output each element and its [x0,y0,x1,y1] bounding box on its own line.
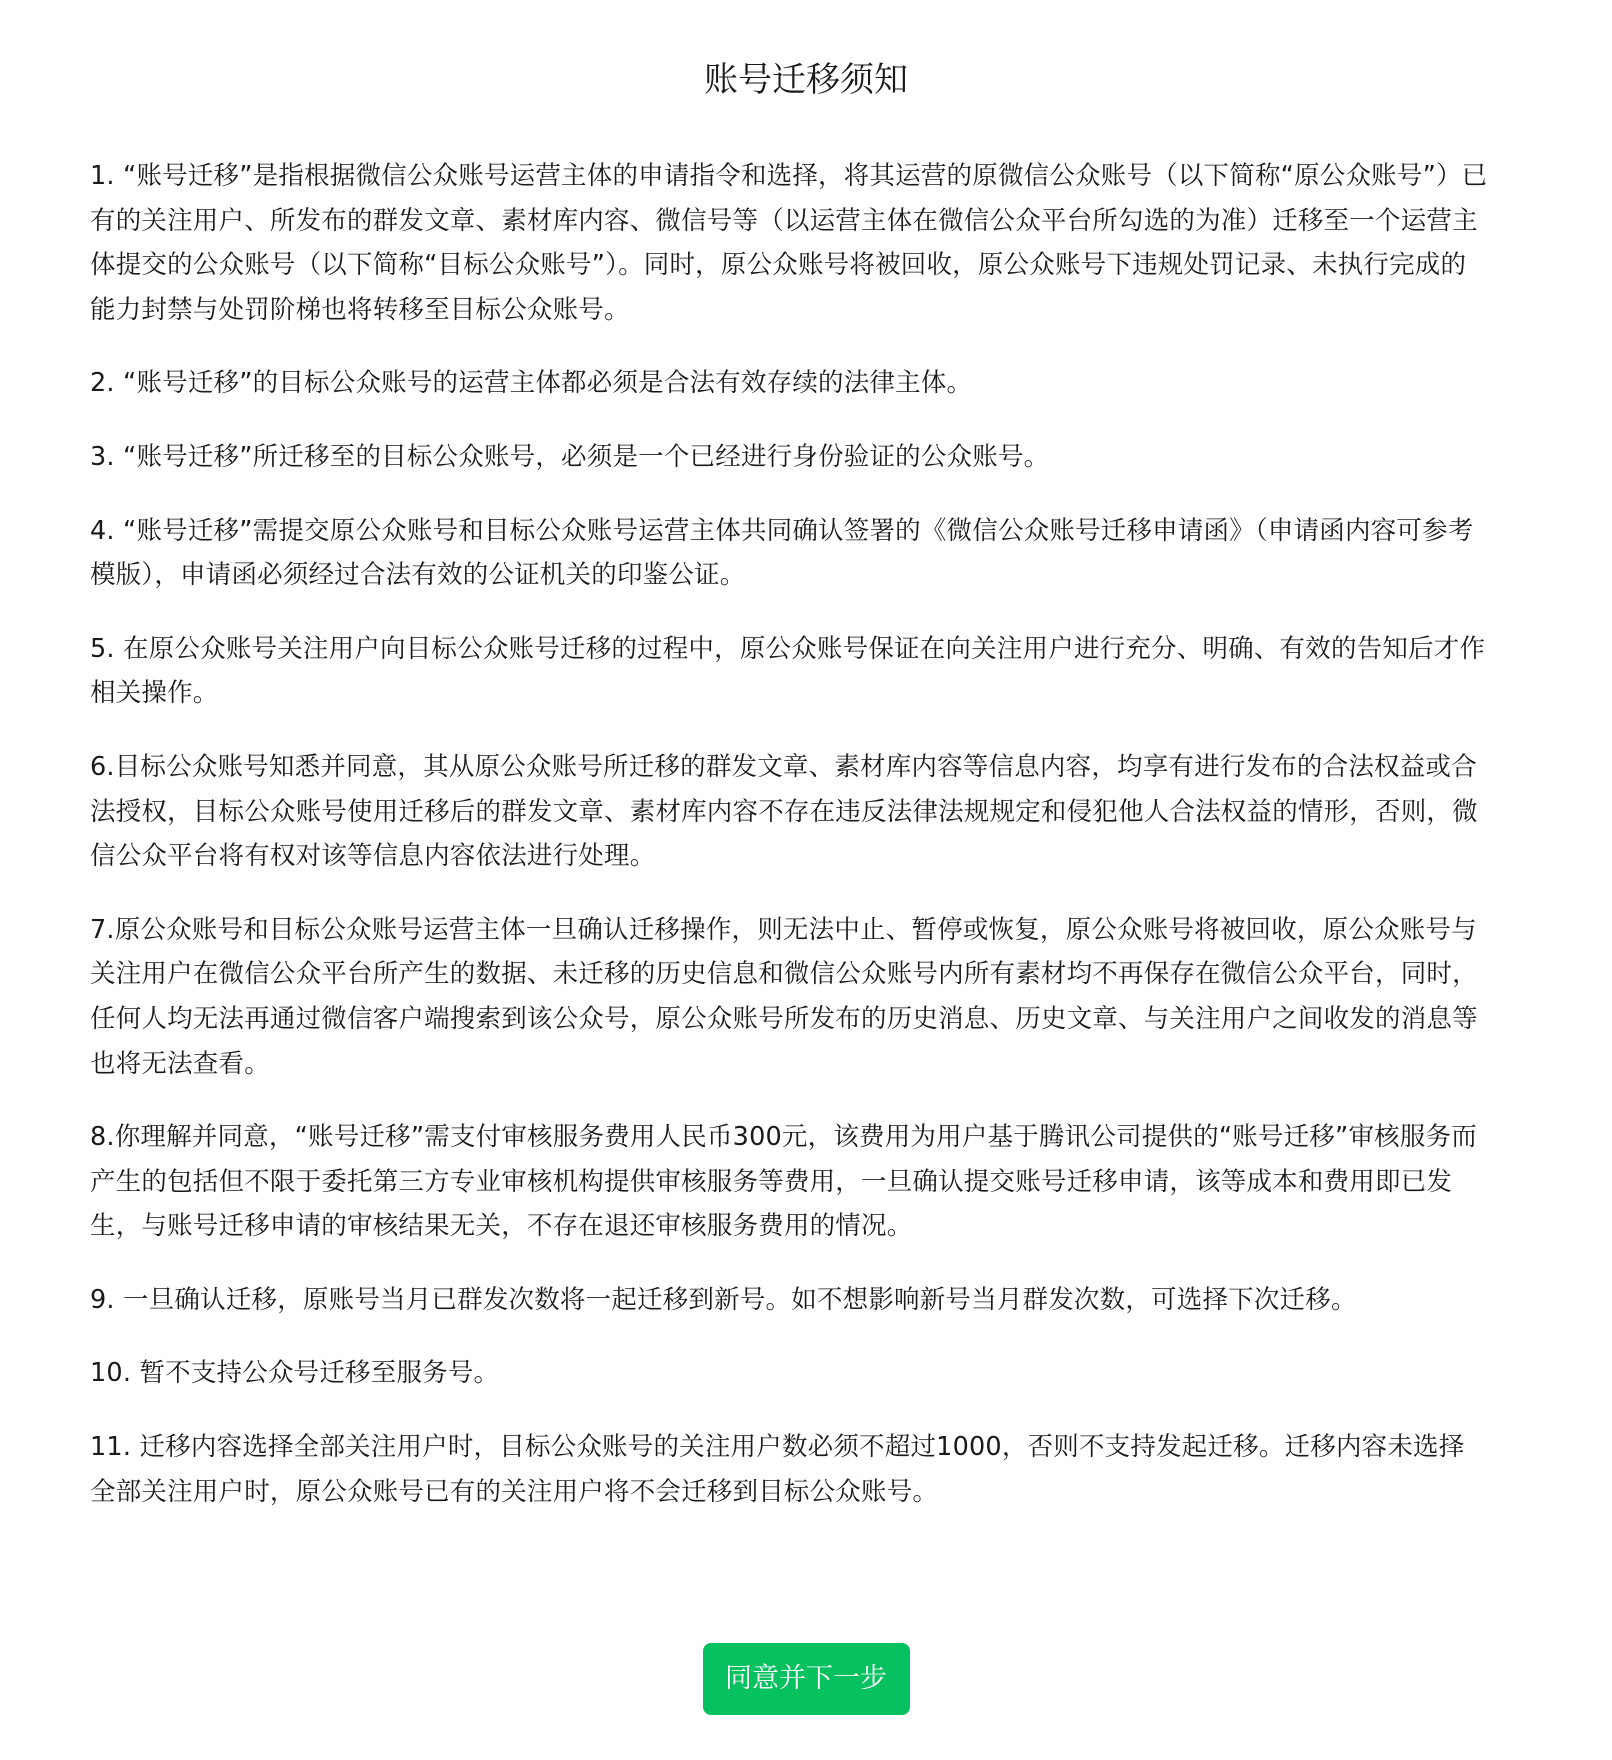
notice-item-10: 10. 暂不支持公众号迁移至服务号。 [90,1351,1490,1396]
notice-item-3: 3. “账号迁移”所迁移至的目标公众账号，必须是一个已经进行身份验证的公众账号。 [90,435,1490,480]
notice-item-9: 9. 一旦确认迁移，原账号当月已群发次数将一起迁移到新号。如不想影响新号当月群发… [90,1278,1490,1323]
footer-actions: 同意并下一步 [0,1643,1612,1715]
notice-list: 1. “账号迁移”是指根据微信公众账号运营主体的申请指令和选择，将其运营的原微信… [90,154,1490,1543]
migration-notice-page: 账号迁移须知 1. “账号迁移”是指根据微信公众账号运营主体的申请指令和选择，将… [0,0,1612,1760]
notice-item-8: 8.你理解并同意，“账号迁移”需支付审核服务费用人民币300元，该费用为用户基于… [90,1115,1490,1249]
notice-item-6: 6.目标公众账号知悉并同意，其从原公众账号所迁移的群发文章、素材库内容等信息内容… [90,745,1490,879]
page-title: 账号迁移须知 [0,56,1612,104]
notice-item-5: 5. 在原公众账号关注用户向目标公众账号迁移的过程中，原公众账号保证在向关注用户… [90,627,1490,716]
notice-item-4: 4. “账号迁移”需提交原公众账号和目标公众账号运营主体共同确认签署的《微信公众… [90,509,1490,598]
notice-item-1: 1. “账号迁移”是指根据微信公众账号运营主体的申请指令和选择，将其运营的原微信… [90,154,1490,332]
notice-item-2: 2. “账号迁移”的目标公众账号的运营主体都必须是合法有效存续的法律主体。 [90,361,1490,406]
agree-and-next-button[interactable]: 同意并下一步 [703,1643,910,1715]
notice-item-11: 11. 迁移内容选择全部关注用户时，目标公众账号的关注用户数必须不超过1000，… [90,1425,1490,1514]
notice-item-7: 7.原公众账号和目标公众账号运营主体一旦确认迁移操作，则无法中止、暂停或恢复，原… [90,908,1490,1086]
